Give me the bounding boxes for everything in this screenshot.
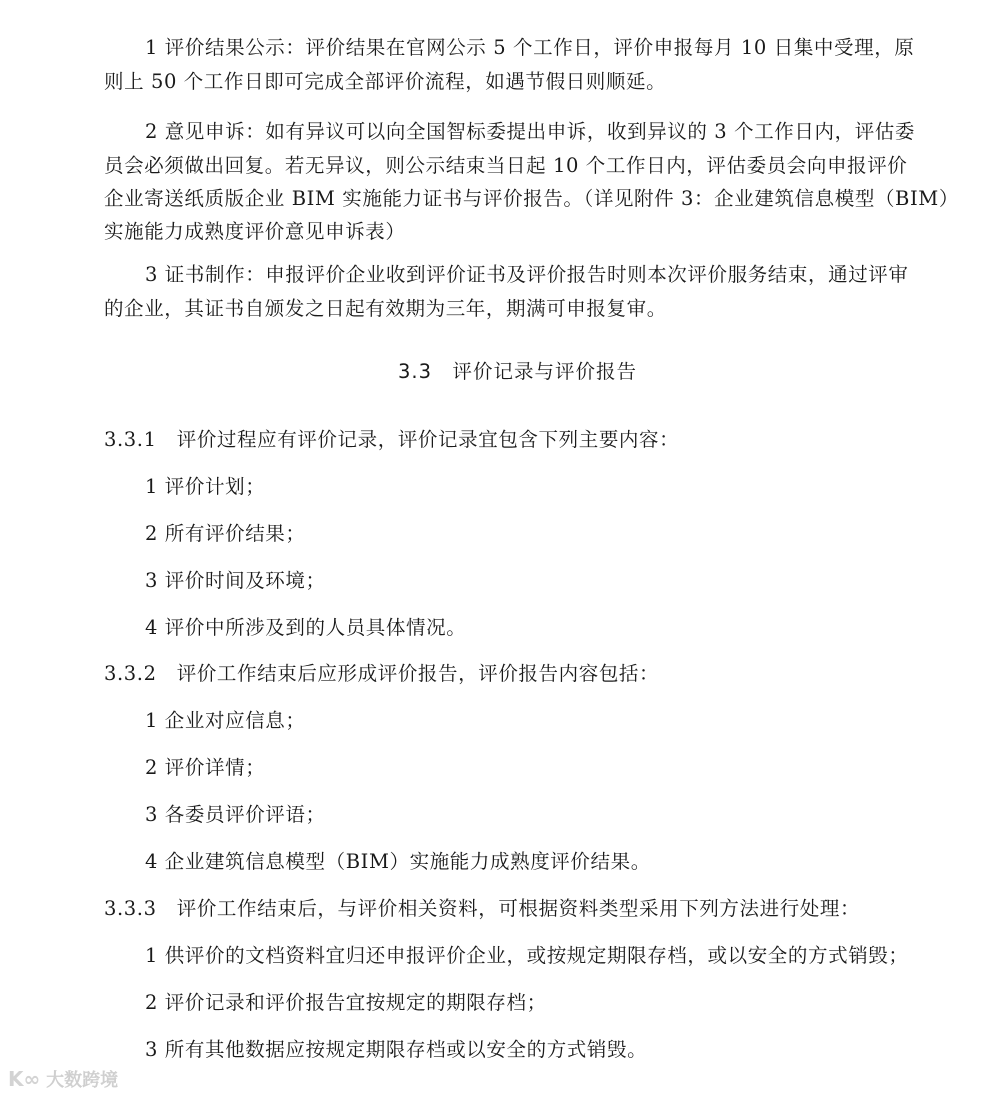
clause-3-3-1-item-2: 2 所有评价结果； xyxy=(145,522,306,546)
clause-3-3-2-item-3: 3 各委员评价评语； xyxy=(145,803,326,827)
brand-logo-icon: K∞ xyxy=(8,1067,40,1091)
clause-3-3-3: 3.3.3 评价工作结束后，与评价相关资料，可根据资料类型采用下列方法进行处理： xyxy=(104,897,860,921)
clause-3-3-3-item-1: 1 供评价的文档资料宜归还申报评价企业，或按规定期限存档，或以安全的方式销毁； xyxy=(145,944,909,968)
section-title: 3.3 评价记录与评价报告 xyxy=(398,356,637,384)
para-3-line-1: 3 证书制作：申报评价企业收到评价证书及评价报告时则本次评价服务结束，通过评审 xyxy=(145,263,909,287)
watermark: K∞ 大数跨境 xyxy=(8,1066,118,1092)
para-1-line-2: 则上 50 个工作日即可完成全部评价流程，如遇节假日则顺延。 xyxy=(104,70,666,94)
para-3-line-2: 的企业，其证书自颁发之日起有效期为三年，期满可申报复审。 xyxy=(104,297,667,321)
clause-3-3-1-item-3: 3 评价时间及环境； xyxy=(145,569,326,593)
para-1-line-1: 1 评价结果公示：评价结果在官网公示 5 个工作日，评价申报每月 10 日集中受… xyxy=(145,36,914,60)
clause-3-3-3-item-3: 3 所有其他数据应按规定期限存档或以安全的方式销毁。 xyxy=(145,1038,647,1062)
para-2-line-4: 实施能力成熟度评价意见申诉表） xyxy=(104,220,406,244)
para-2-line-2: 员会必须做出回复。若无异议，则公示结束当日起 10 个工作日内，评估委员会向申报… xyxy=(104,154,907,178)
clause-3-3-2: 3.3.2 评价工作结束后应形成评价报告，评价报告内容包括： xyxy=(104,662,659,686)
watermark-text: 大数跨境 xyxy=(46,1066,118,1092)
clause-3-3-1-item-4: 4 评价中所涉及到的人员具体情况。 xyxy=(145,616,466,640)
clause-3-3-2-item-2: 2 评价详情； xyxy=(145,756,265,780)
clause-3-3-2-item-1: 1 企业对应信息； xyxy=(145,709,306,733)
document-page: 1 评价结果公示：评价结果在官网公示 5 个工作日，评价申报每月 10 日集中受… xyxy=(0,0,995,1099)
clause-3-3-3-item-2: 2 评价记录和评价报告宜按规定的期限存档； xyxy=(145,991,547,1015)
para-2-line-3: 企业寄送纸质版企业 BIM 实施能力证书与评价报告。（详见附件 3：企业建筑信息… xyxy=(104,187,959,211)
clause-3-3-1: 3.3.1 评价过程应有评价记录，评价记录宜包含下列主要内容： xyxy=(104,428,679,452)
clause-3-3-2-item-4: 4 企业建筑信息模型（BIM）实施能力成熟度评价结果。 xyxy=(145,850,651,874)
clause-3-3-1-item-1: 1 评价计划； xyxy=(145,475,265,499)
para-2-line-1: 2 意见申诉：如有异议可以向全国智标委提出申诉，收到异议的 3 个工作日内，评估… xyxy=(145,120,915,144)
